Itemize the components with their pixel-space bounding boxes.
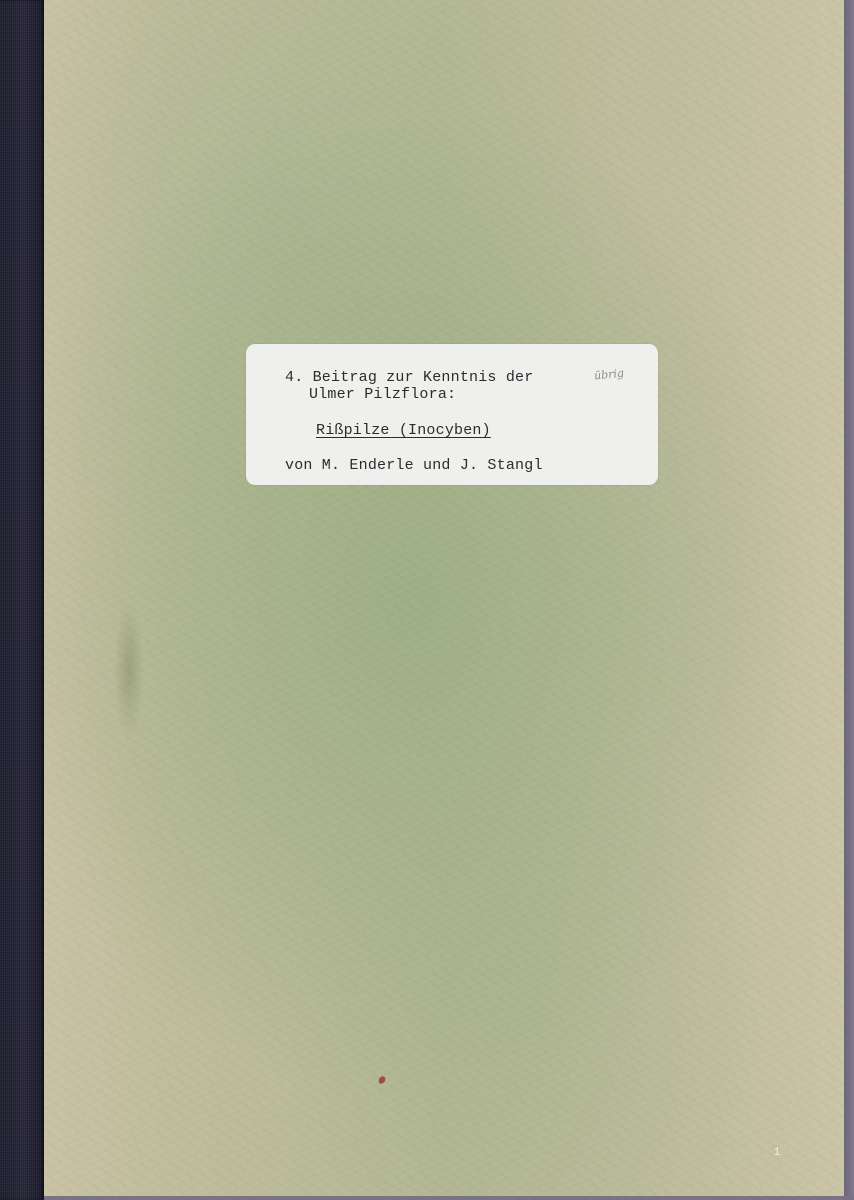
leather-texture <box>44 0 844 1196</box>
page-edge-right <box>844 0 854 1200</box>
corner-mark: 1 <box>774 1146 780 1158</box>
document-title: Rißpilze (Inocyben) <box>316 422 491 439</box>
cover-stain <box>114 600 144 740</box>
page-edge-bottom <box>44 1196 854 1200</box>
book-cover-page: 4. Beitrag zur Kenntnis der Ulmer Pilzfl… <box>0 0 854 1200</box>
series-subline: Ulmer Pilzflora: <box>309 386 456 403</box>
cover-board <box>44 0 844 1196</box>
title-label: 4. Beitrag zur Kenntnis der Ulmer Pilzfl… <box>246 344 658 485</box>
handwritten-note: übrig <box>593 366 624 382</box>
authors-line: von M. Enderle und J. Stangl <box>285 457 543 474</box>
book-spine <box>0 0 44 1200</box>
series-line: 4. Beitrag zur Kenntnis der <box>285 369 533 386</box>
